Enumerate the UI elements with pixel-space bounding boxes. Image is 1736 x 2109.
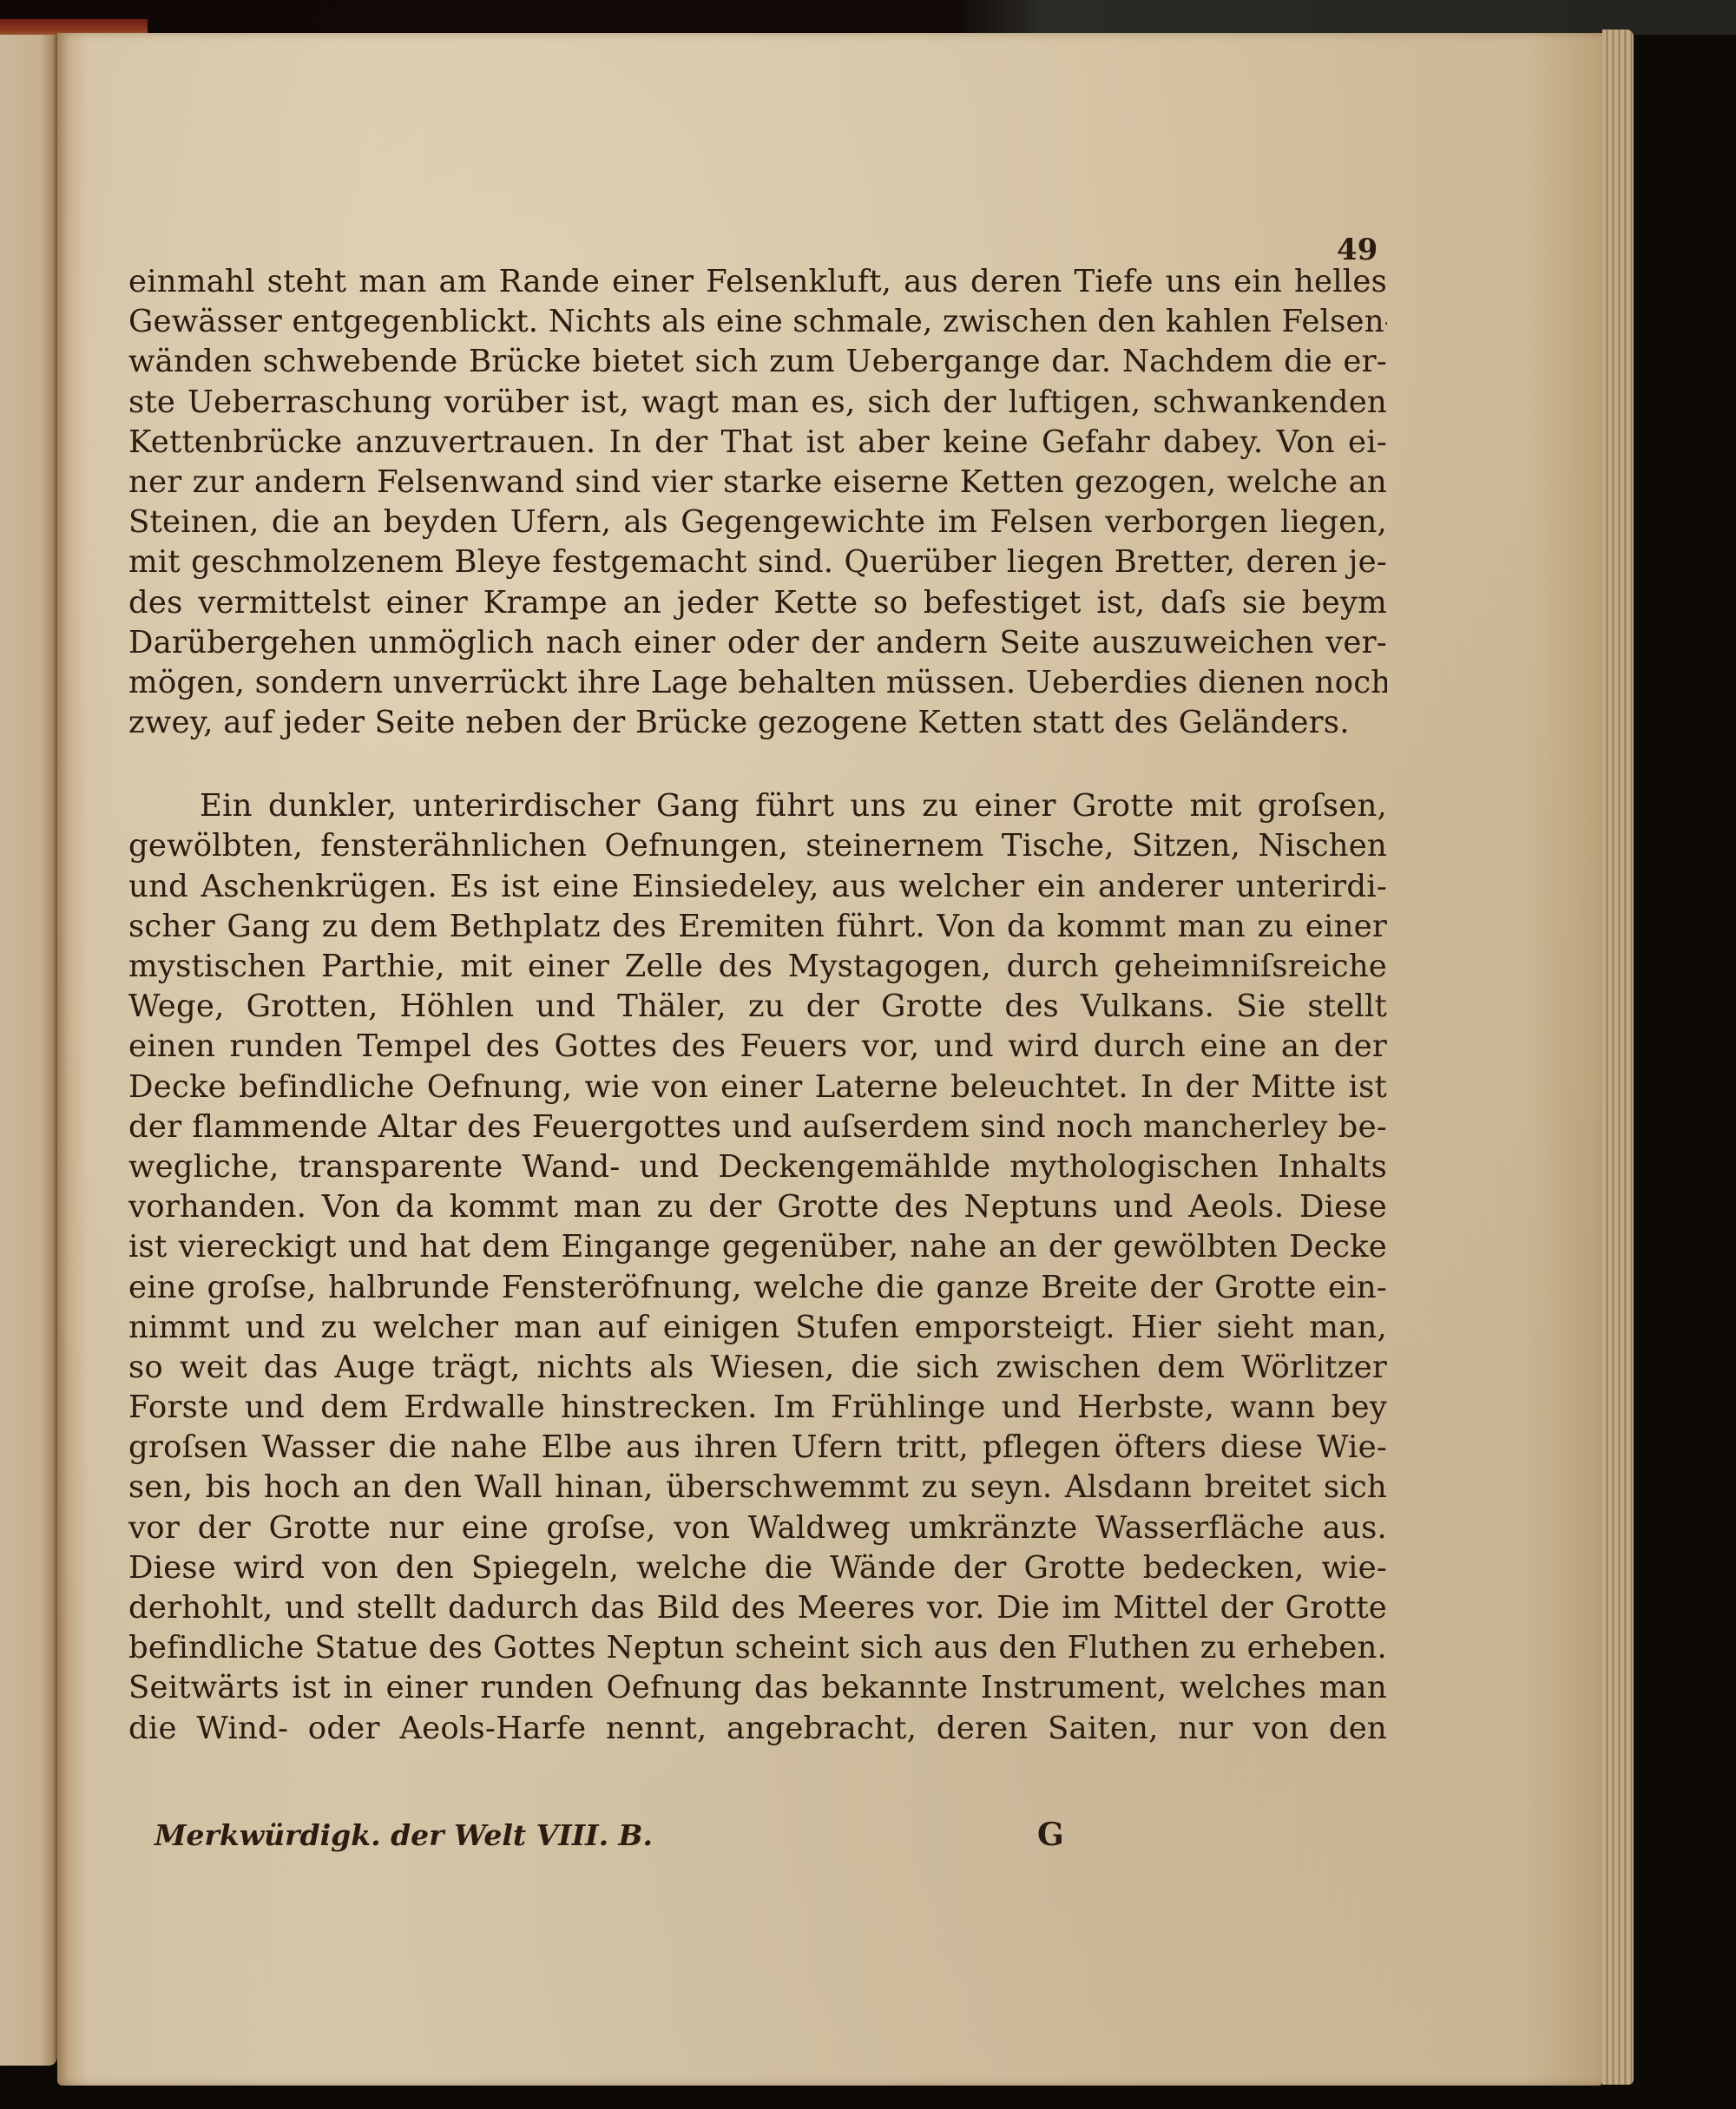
- text-line: einmahl steht man am Rande einer Felsenk…: [128, 262, 1387, 302]
- text-line: befindliche Statue des Gottes Neptun sch…: [128, 1628, 1387, 1668]
- text-line: Diese wird von den Spiegeln, welche die …: [128, 1548, 1387, 1588]
- text-line: ste Ueberraschung vorüber ist, wagt man …: [128, 383, 1387, 423]
- page-footer: Merkwürdigk. der Welt VIII. B. G: [155, 1818, 1109, 1862]
- text-line: zwey, auf jeder Seite neben der Brücke g…: [128, 703, 1387, 743]
- text-line: mögen, sondern unverrückt ihre Lage beha…: [128, 663, 1387, 703]
- body-text: einmahl steht man am Rande einer Felsenk…: [128, 226, 1387, 1749]
- paragraph-1: einmahl steht man am Rande einer Felsenk…: [128, 262, 1387, 743]
- text-line: gewölbten, fensterähnlichen Oefnungen, s…: [128, 826, 1387, 866]
- text-line: nimmt und zu welcher man auf einigen Stu…: [128, 1308, 1387, 1348]
- text-line: Decke befindliche Oefnung, wie von einer…: [128, 1068, 1387, 1107]
- facing-page-edge: [0, 35, 57, 2066]
- text-line: wegliche, transparente Wand- und Deckeng…: [128, 1147, 1387, 1187]
- text-line: mystischen Parthie, mit einer Zelle des …: [128, 947, 1387, 987]
- text-line: die Wind- oder Aeols-Harfe nennt, angebr…: [128, 1709, 1387, 1749]
- text-line: mit geschmolzenem Bleye festgemacht sind…: [128, 542, 1387, 582]
- text-line: derhohlt, und stellt dadurch das Bild de…: [128, 1588, 1387, 1628]
- text-line: ner zur andern Felsenwand sind vier star…: [128, 463, 1387, 503]
- text-line: Ein dunkler, unterirdischer Gang führt u…: [128, 786, 1387, 826]
- text-line: Gewässer entgegenblickt. Nichts als eine…: [128, 302, 1387, 342]
- signature-mark: G: [1037, 1817, 1064, 1853]
- text-line: einen runden Tempel des Gottes des Feuer…: [128, 1027, 1387, 1067]
- text-line: eine groſse, halbrunde Fensteröfnung, we…: [128, 1268, 1387, 1308]
- text-line: groſsen Wasser die nahe Elbe aus ihren U…: [128, 1428, 1387, 1468]
- text-line: Wege, Grotten, Höhlen und Thäler, zu der…: [128, 987, 1387, 1027]
- text-line: ist viereckigt und hat dem Eingange gege…: [128, 1227, 1387, 1267]
- text-line: des vermittelst einer Krampe an jeder Ke…: [128, 583, 1387, 623]
- text-line: Darübergehen unmöglich nach einer oder d…: [128, 623, 1387, 663]
- text-line: vorhanden. Von da kommt man zu der Grott…: [128, 1187, 1387, 1227]
- text-line: Seitwärts ist in einer runden Oefnung da…: [128, 1668, 1387, 1708]
- text-line: so weit das Auge trägt, nichts als Wiese…: [128, 1348, 1387, 1388]
- text-line: der flammende Altar des Feuergottes und …: [128, 1107, 1387, 1147]
- text-line: vor der Grotte nur eine groſse, von Wald…: [128, 1508, 1387, 1548]
- printer-signature-line: Merkwürdigk. der Welt VIII. B.: [155, 1818, 653, 1852]
- page-stack-edge: [1602, 30, 1634, 2085]
- text-line: und Aschenkrügen. Es ist eine Einsiedele…: [128, 867, 1387, 907]
- text-line: sen, bis hoch an den Wall hinan, übersch…: [128, 1468, 1387, 1508]
- text-line: scher Gang zu dem Bethplatz des Eremiten…: [128, 907, 1387, 947]
- text-line: wänden schwebende Brücke bietet sich zum…: [128, 342, 1387, 382]
- text-line: Kettenbrücke anzuvertrauen. In der That …: [128, 423, 1387, 463]
- paragraph-2: Ein dunkler, unterirdischer Gang führt u…: [128, 786, 1387, 1749]
- text-line: Steinen, die an beyden Ufern, als Gegeng…: [128, 503, 1387, 542]
- text-line: Forste und dem Erdwalle hinstrecken. Im …: [128, 1388, 1387, 1428]
- scan-background-top: [0, 0, 1736, 35]
- paragraph-gap: [128, 743, 1387, 786]
